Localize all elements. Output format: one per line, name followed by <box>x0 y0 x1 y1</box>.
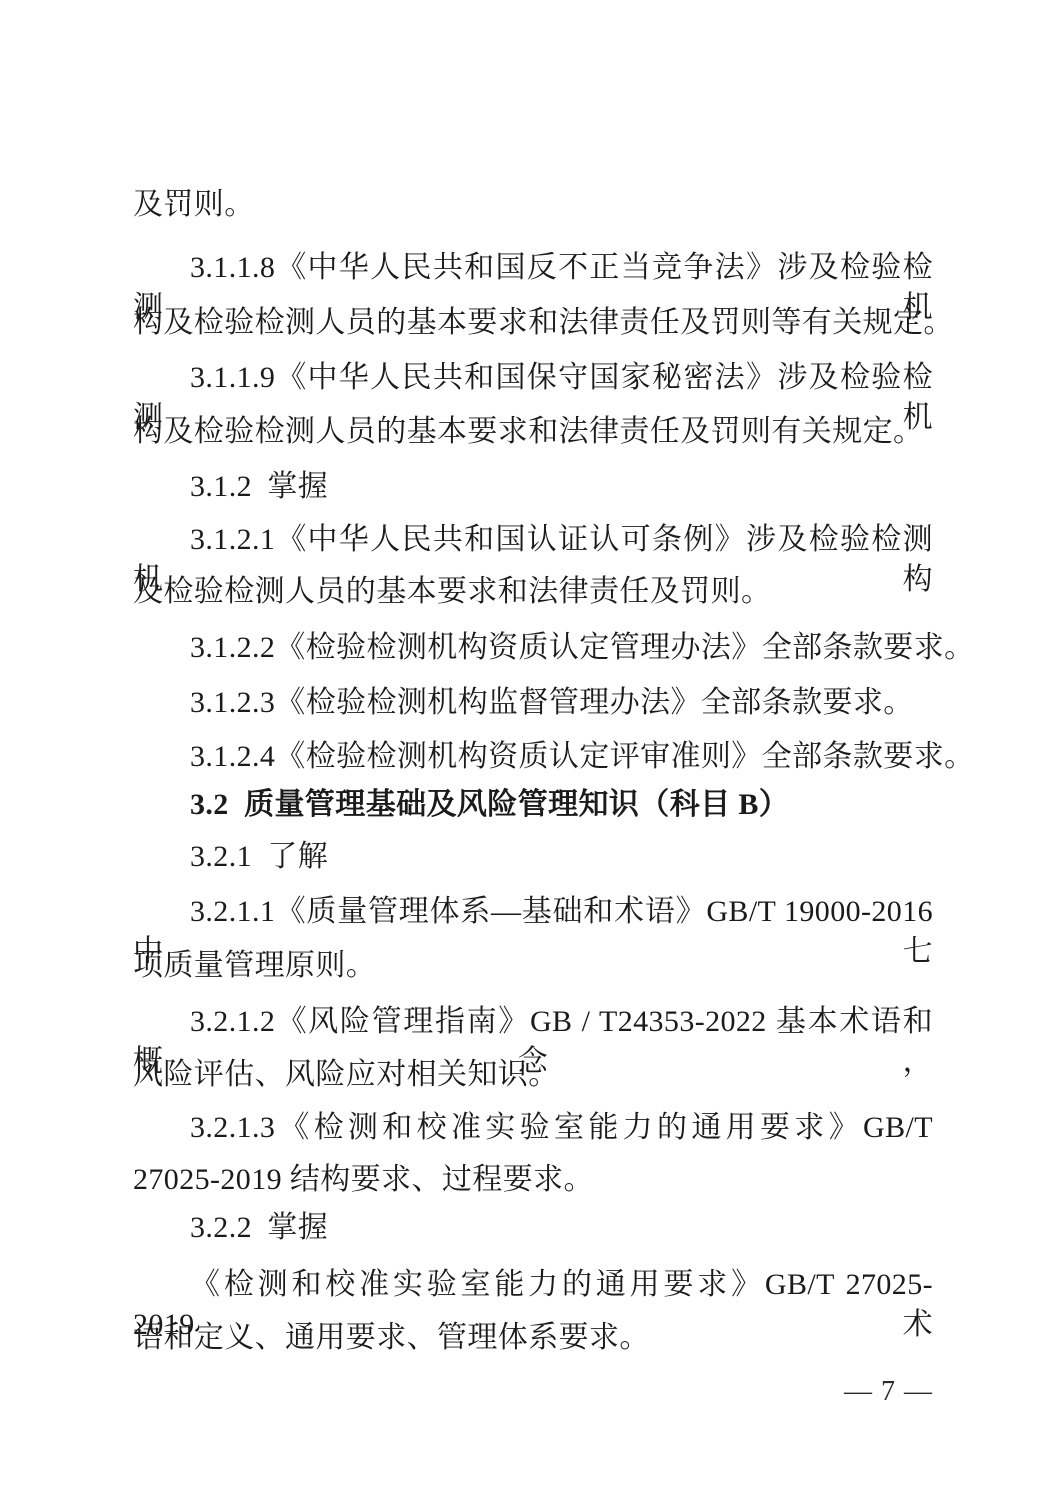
document-page: 及罚则。 3.1.1.8《中华人民共和国反不正当竞争法》涉及检验检测机 构及检验… <box>0 0 1060 1500</box>
heading-3-2-2: 3.2.2 掌握 <box>133 1208 933 1248</box>
para-3-2-1-2-line-2: 风险评估、风险应对相关知识。 <box>133 1055 933 1095</box>
heading-3-2-1: 3.2.1 了解 <box>133 837 933 877</box>
para-3-1-1-9-line-1: 3.1.1.9《中华人民共和国保守国家秘密法》涉及检验检测机 <box>133 358 933 398</box>
para-3-1-1-9-line-2: 构及检验检测人员的基本要求和法律责任及罚则有关规定。 <box>133 412 933 452</box>
para-3-2-1-3-line-1: 3.2.1.3《检测和校准实验室能力的通用要求》GB/T <box>133 1108 933 1148</box>
para-3-1-1-8-line-2: 构及检验检测人员的基本要求和法律责任及罚则等有关规定。 <box>133 303 933 343</box>
para-3-2-2-line-1: 《检测和校准实验室能力的通用要求》GB/T 27025-2019 术 <box>133 1265 933 1305</box>
para-3-1-2-2: 3.1.2.2《检验检测机构资质认定管理办法》全部条款要求。 <box>133 628 933 668</box>
para-3-2-1-2-line-1: 3.2.1.2《风险管理指南》GB / T24353-2022 基本术语和概念， <box>133 1002 933 1042</box>
para-3-1-2-4: 3.1.2.4《检验检测机构资质认定评审准则》全部条款要求。 <box>133 737 933 777</box>
para-3-1-1-8-line-1: 3.1.1.8《中华人民共和国反不正当竞争法》涉及检验检测机 <box>133 248 933 288</box>
para-3-1-2-1-line-2: 及检验检测人员的基本要求和法律责任及罚则。 <box>133 572 933 612</box>
section-heading-3-2: 3.2 质量管理基础及风险管理知识（科目 B） <box>133 785 933 825</box>
para-3-2-1-3-line-2: 27025-2019 结构要求、过程要求。 <box>133 1160 933 1200</box>
para-3-2-1-1-line-2: 项质量管理原则。 <box>133 946 933 986</box>
page-number: — 7 — <box>133 1372 933 1412</box>
heading-3-1-2: 3.1.2 掌握 <box>133 467 933 507</box>
para-3-2-1-1-line-1: 3.2.1.1《质量管理体系—基础和术语》GB/T 19000-2016 中七 <box>133 892 933 932</box>
para-3-1-2-1-line-1: 3.1.2.1《中华人民共和国认证认可条例》涉及检验检测机构 <box>133 520 933 560</box>
text-line-01: 及罚则。 <box>133 185 933 225</box>
para-3-2-2-line-2: 语和定义、通用要求、管理体系要求。 <box>133 1318 933 1358</box>
para-3-1-2-3: 3.1.2.3《检验检测机构监督管理办法》全部条款要求。 <box>133 683 933 723</box>
